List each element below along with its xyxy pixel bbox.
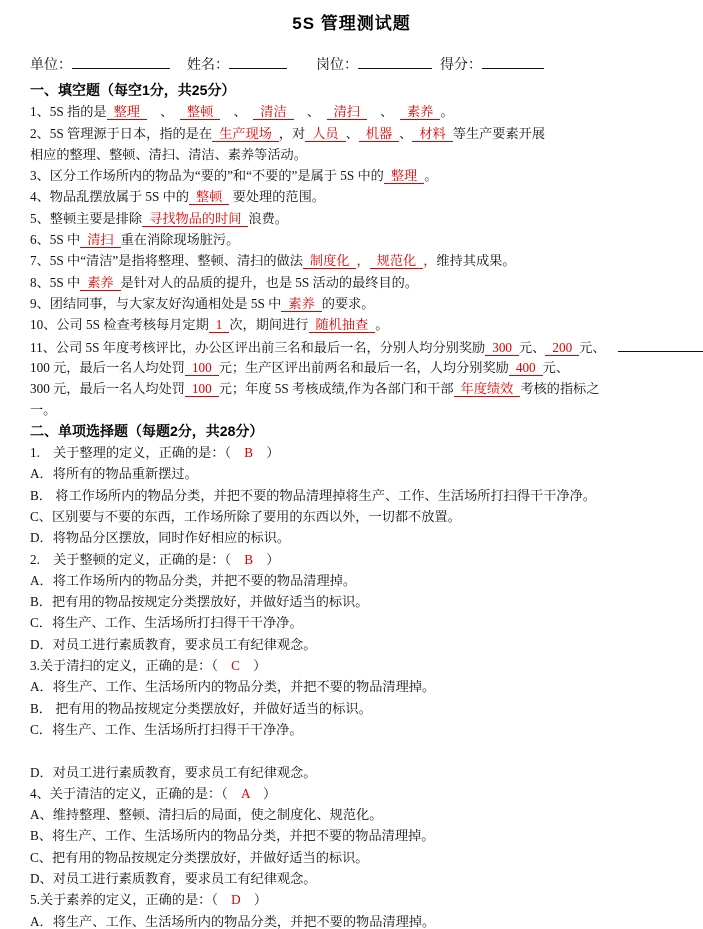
question-text: ） bbox=[240, 658, 266, 673]
question-text: 3.关于清扫的定义，正确的是：（ bbox=[30, 658, 231, 673]
question-text: 维持其成果。 bbox=[436, 253, 515, 268]
answer-text: 素养 bbox=[400, 104, 440, 120]
question-text: B． 将工作场所内的物品分类，并把不要的物品清理掉将生产、工作、生活场所打扫得干… bbox=[30, 488, 596, 503]
question-text: 元、 bbox=[579, 340, 605, 355]
answer-text: 200 bbox=[545, 340, 579, 356]
question-text: 相应的整理、整顿、清扫、清洁、素养等活动。 bbox=[30, 147, 307, 162]
question-text: 5、整顿主要是排除 bbox=[30, 211, 142, 226]
question-text: ） bbox=[253, 445, 279, 460]
fill-question-line: 1、5S 指的是整理 、 整顿 、 清洁 、 清扫 、 素养。 bbox=[30, 101, 703, 122]
question-text: 1. 关于整理的定义，正确的是：（ bbox=[30, 445, 244, 460]
answer-text: 年度绩效 bbox=[454, 381, 521, 397]
field-label: 得分： bbox=[440, 54, 482, 78]
answer-text: 随机抽查 bbox=[309, 317, 376, 333]
field-label: 岗位： bbox=[316, 54, 358, 78]
fill-question-line: 3、区分工作场所内的物品为“要的”和“不要的”是属于 5S 中的整理。 bbox=[30, 165, 703, 186]
header-fields-row: 单位：姓名：岗位：得分： bbox=[30, 52, 703, 76]
choice-question-line: D．对员工进行素质教育，要求员工有纪律观念。 bbox=[30, 762, 703, 783]
answer-letter: ， bbox=[423, 253, 436, 268]
section2-heading: 二、单项选择题（每题2分，共28分） bbox=[30, 421, 703, 442]
question-text: ） bbox=[241, 892, 267, 907]
question-text: 。 bbox=[375, 317, 388, 332]
question-text: 次，期间进行 bbox=[229, 317, 308, 332]
question-text: B． 把有用的物品按规定分类摆放好，并做好适当的标识。 bbox=[30, 701, 372, 716]
field-blank-underline bbox=[358, 52, 432, 69]
choice-question-line: 2. 关于整顿的定义，正确的是：（ B ） bbox=[30, 549, 703, 570]
answer-text: 材料 bbox=[412, 126, 452, 142]
fill-question-line: 300 元，最后一名人均处罚100元；年度 5S 考核成绩,作为各部门和干部年度… bbox=[30, 378, 703, 399]
field-label: 姓名： bbox=[187, 54, 229, 78]
fill-questions: 1、5S 指的是整理 、 整顿 、 清洁 、 清扫 、 素养。2、5S 管理源于… bbox=[30, 101, 703, 420]
question-text: 4、关于清洁的定义，正确的是：（ bbox=[30, 786, 241, 801]
question-text: 9、团结同事，与大家友好沟通相处是 5S 中 bbox=[30, 296, 281, 311]
question-text: 10、公司 5S 检查考核每月定期 bbox=[30, 317, 209, 332]
choice-question-line bbox=[30, 740, 703, 761]
fill-question-line: 6、5S 中清扫重在消除现场脏污。 bbox=[30, 229, 703, 250]
question-text: 1、5S 指的是 bbox=[30, 104, 107, 119]
answer-text: 整理 bbox=[107, 104, 147, 120]
choice-question-line: 5.关于素养的定义，正确的是：（ D ） bbox=[30, 889, 703, 910]
fill-question-line: 11、公司 5S 年度考核评比，办公区评出前三名和最后一名，分别人均分别奖励30… bbox=[30, 336, 703, 357]
question-text: 元；年度 5S 考核成绩,作为各部门和干部 bbox=[219, 381, 454, 396]
question-text: 2. 关于整顿的定义，正确的是：（ bbox=[30, 552, 244, 567]
fill-question-line: 100 元，最后一名人均处罚100元；生产区评出前两名和最后一名，人均分别奖励4… bbox=[30, 357, 703, 378]
question-text: 浪费。 bbox=[248, 211, 288, 226]
choice-question-line: D．将物品分区摆放，同时作好相应的标识。 bbox=[30, 527, 703, 548]
answer-text: 清扫 bbox=[327, 104, 367, 120]
choice-question-line: C．将生产、工作、生活场所打扫得干干净净。 bbox=[30, 612, 703, 633]
question-text: 、 bbox=[367, 104, 400, 119]
question-text: 重在消除现场脏污。 bbox=[121, 232, 240, 247]
question-text: C．将生产、工作、生活场所打扫得干干净净。 bbox=[30, 722, 303, 737]
question-text: 一。 bbox=[30, 402, 56, 417]
question-text: 、 bbox=[147, 104, 180, 119]
question-text: D．对员工进行素质教育，要求员工有纪律观念。 bbox=[30, 765, 316, 780]
answer-letter: A bbox=[241, 786, 250, 801]
question-text: 、 bbox=[399, 126, 412, 141]
field-label: 单位： bbox=[30, 54, 72, 78]
question-text: 。 bbox=[424, 168, 437, 183]
question-text: ） bbox=[253, 552, 279, 567]
fill-question-line: 4、物品乱摆放属于 5S 中的整顿 要处理的范围。 bbox=[30, 186, 703, 207]
choice-question-line: B． 将工作场所内的物品分类，并把不要的物品清理掉将生产、工作、生活场所打扫得干… bbox=[30, 485, 703, 506]
field-blank-underline bbox=[72, 52, 170, 69]
question-text: 要处理的范围。 bbox=[229, 189, 325, 204]
choice-question-line: A．将生产、工作、生活场所内的物品分类，并把不要的物品清理掉。 bbox=[30, 911, 703, 929]
choice-questions: 1. 关于整理的定义，正确的是：（ B ）A．将所有的物品重新摆过。B． 将工作… bbox=[30, 442, 703, 929]
answer-text: 寻找物品的时间 bbox=[142, 211, 248, 227]
question-text: A．将生产、工作、生活场所内的物品分类，并把不要的物品清理掉。 bbox=[30, 914, 435, 929]
answer-text: 清扫 bbox=[80, 232, 120, 248]
document-title: 5S 管理测试题 bbox=[30, 12, 673, 36]
answer-text: 整顿 bbox=[180, 104, 220, 120]
answer-text: 400 bbox=[509, 360, 543, 376]
question-text: 7、5S 中“清洁”是指将整理、整顿、清扫的做法 bbox=[30, 253, 303, 268]
question-text: 元、 bbox=[543, 360, 569, 375]
question-text: A．将生产、工作、生活场所内的物品分类，并把不要的物品清理掉。 bbox=[30, 679, 435, 694]
question-text: 300 元，最后一名人均处罚 bbox=[30, 381, 185, 396]
answer-text: 300 bbox=[485, 340, 519, 356]
section1-heading: 一、填空题（每空1分，共25分） bbox=[30, 80, 703, 101]
question-text: D．对员工进行素质教育，要求员工有纪律观念。 bbox=[30, 637, 316, 652]
answer-text: 1 bbox=[209, 317, 230, 333]
choice-question-line: D．对员工进行素质教育，要求员工有纪律观念。 bbox=[30, 634, 703, 655]
choice-question-line: A、维持整理、整顿、清扫后的局面，使之制度化、规范化。 bbox=[30, 804, 703, 825]
question-text: 100 元，最后一名人均处罚 bbox=[30, 360, 185, 375]
answer-text: 整理 bbox=[384, 168, 424, 184]
answer-text: 制度化 bbox=[303, 253, 357, 269]
choice-question-line: C、区别要与不要的东西，工作场所除了要用的东西以外，一切都不放置。 bbox=[30, 506, 703, 527]
choice-question-line: 1. 关于整理的定义，正确的是：（ B ） bbox=[30, 442, 703, 463]
answer-letter: ， bbox=[356, 253, 369, 268]
answer-text: 人员 bbox=[305, 126, 345, 142]
fill-question-line: 8、5S 中素养是针对人的品质的提升，也是 5S 活动的最终目的。 bbox=[30, 272, 703, 293]
answer-text: 100 bbox=[185, 360, 219, 376]
answer-text: 机器 bbox=[359, 126, 399, 142]
answer-text: 生产现场 bbox=[212, 126, 279, 142]
answer-text: 素养 bbox=[80, 275, 120, 291]
question-text: B．把有用的物品按规定分类摆放好，并做好适当的标识。 bbox=[30, 594, 368, 609]
question-text: C．将生产、工作、生活场所打扫得干干净净。 bbox=[30, 615, 303, 630]
question-text: A、维持整理、整顿、清扫后的局面，使之制度化、规范化。 bbox=[30, 807, 382, 822]
blank-underline bbox=[618, 336, 703, 352]
answer-letter: D bbox=[231, 892, 241, 907]
fill-question-line: 10、公司 5S 检查考核每月定期1次，期间进行随机抽查。 bbox=[30, 314, 703, 335]
answer-text: 100 bbox=[185, 381, 219, 397]
question-text: 元、 bbox=[519, 340, 545, 355]
choice-question-line: A．将工作场所内的物品分类，并把不要的物品清理掉。 bbox=[30, 570, 703, 591]
question-text: ） bbox=[250, 786, 276, 801]
fill-question-line: 7、5S 中“清洁”是指将整理、整顿、清扫的做法制度化，规范化，维持其成果。 bbox=[30, 250, 703, 271]
question-text: B、将生产、工作、生活场所内的物品分类，并把不要的物品清理掉。 bbox=[30, 828, 434, 843]
question-text: 考核的指标之 bbox=[520, 381, 599, 396]
question-text: 。 bbox=[440, 104, 453, 119]
question-text: 3、区分工作场所内的物品为“要的”和“不要的”是属于 5S 中的 bbox=[30, 168, 384, 183]
answer-text: 素养 bbox=[281, 296, 321, 312]
question-text: 2、5S 管理源于日本，指的是在 bbox=[30, 126, 212, 141]
choice-question-line: D、对员工进行素质教育，要求员工有纪律观念。 bbox=[30, 868, 703, 889]
choice-question-line: C、把有用的物品按规定分类摆放好，并做好适当的标识。 bbox=[30, 847, 703, 868]
question-text: 等生产要素开展 bbox=[453, 126, 545, 141]
question-text: 、 bbox=[346, 126, 359, 141]
answer-text: 整顿 bbox=[189, 189, 229, 205]
fill-question-line: 9、团结同事，与大家友好沟通相处是 5S 中素养的要求。 bbox=[30, 293, 703, 314]
answer-letter: B bbox=[244, 552, 253, 567]
answer-letter: B bbox=[244, 445, 253, 460]
question-text: 的要求。 bbox=[322, 296, 375, 311]
answer-text: 清洁 bbox=[253, 104, 293, 120]
fill-question-line: 一。 bbox=[30, 399, 703, 420]
question-text: A．将工作场所内的物品分类，并把不要的物品清理掉。 bbox=[30, 573, 356, 588]
document-content: 一、填空题（每空1分，共25分） 1、5S 指的是整理 、 整顿 、 清洁 、 … bbox=[30, 80, 703, 929]
question-text: 6、5S 中 bbox=[30, 232, 80, 247]
choice-question-line: A．将生产、工作、生活场所内的物品分类，并把不要的物品清理掉。 bbox=[30, 676, 703, 697]
question-text: 是针对人的品质的提升，也是 5S 活动的最终目的。 bbox=[121, 275, 418, 290]
choice-question-line: 4、关于清洁的定义，正确的是：（ A ） bbox=[30, 783, 703, 804]
question-text: D、对员工进行素质教育，要求员工有纪律观念。 bbox=[30, 871, 316, 886]
field-blank-underline bbox=[229, 52, 287, 69]
question-text: C、区别要与不要的东西，工作场所除了要用的东西以外，一切都不放置。 bbox=[30, 509, 461, 524]
answer-text: 规范化 bbox=[370, 253, 424, 269]
spacer bbox=[606, 351, 618, 352]
question-text: C、把有用的物品按规定分类摆放好，并做好适当的标识。 bbox=[30, 850, 368, 865]
choice-question-line: B．把有用的物品按规定分类摆放好，并做好适当的标识。 bbox=[30, 591, 703, 612]
choice-question-line: C．将生产、工作、生活场所打扫得干干净净。 bbox=[30, 719, 703, 740]
document-page: 5S 管理测试题 单位：姓名：岗位：得分： 一、填空题（每空1分，共25分） 1… bbox=[0, 0, 703, 929]
question-text: ，对 bbox=[279, 126, 305, 141]
question-text: 、 bbox=[220, 104, 253, 119]
field-blank-underline bbox=[482, 52, 544, 69]
fill-question-line: 5、整顿主要是排除寻找物品的时间浪费。 bbox=[30, 208, 703, 229]
fill-question-line: 相应的整理、整顿、清扫、清洁、素养等活动。 bbox=[30, 144, 703, 165]
question-text: 元；生产区评出前两名和最后一名，人均分别奖励 bbox=[219, 360, 509, 375]
choice-question-line: B、将生产、工作、生活场所内的物品分类，并把不要的物品清理掉。 bbox=[30, 825, 703, 846]
question-text: 8、5S 中 bbox=[30, 275, 80, 290]
fill-question-line: 2、5S 管理源于日本，指的是在生产现场，对人员、机器、材料等生产要素开展 bbox=[30, 123, 703, 144]
choice-question-line: B． 把有用的物品按规定分类摆放好，并做好适当的标识。 bbox=[30, 698, 703, 719]
question-text: 11、公司 5S 年度考核评比，办公区评出前三名和最后一名，分别人均分别奖励 bbox=[30, 340, 485, 355]
question-text: A．将所有的物品重新摆过。 bbox=[30, 466, 198, 481]
choice-question-line: 3.关于清扫的定义，正确的是：（ C ） bbox=[30, 655, 703, 676]
answer-letter: C bbox=[231, 658, 240, 673]
question-text: 、 bbox=[294, 104, 327, 119]
question-text: 4、物品乱摆放属于 5S 中的 bbox=[30, 189, 189, 204]
choice-question-line: A．将所有的物品重新摆过。 bbox=[30, 463, 703, 484]
question-text: D．将物品分区摆放，同时作好相应的标识。 bbox=[30, 530, 290, 545]
question-text: 5.关于素养的定义，正确的是：（ bbox=[30, 892, 231, 907]
